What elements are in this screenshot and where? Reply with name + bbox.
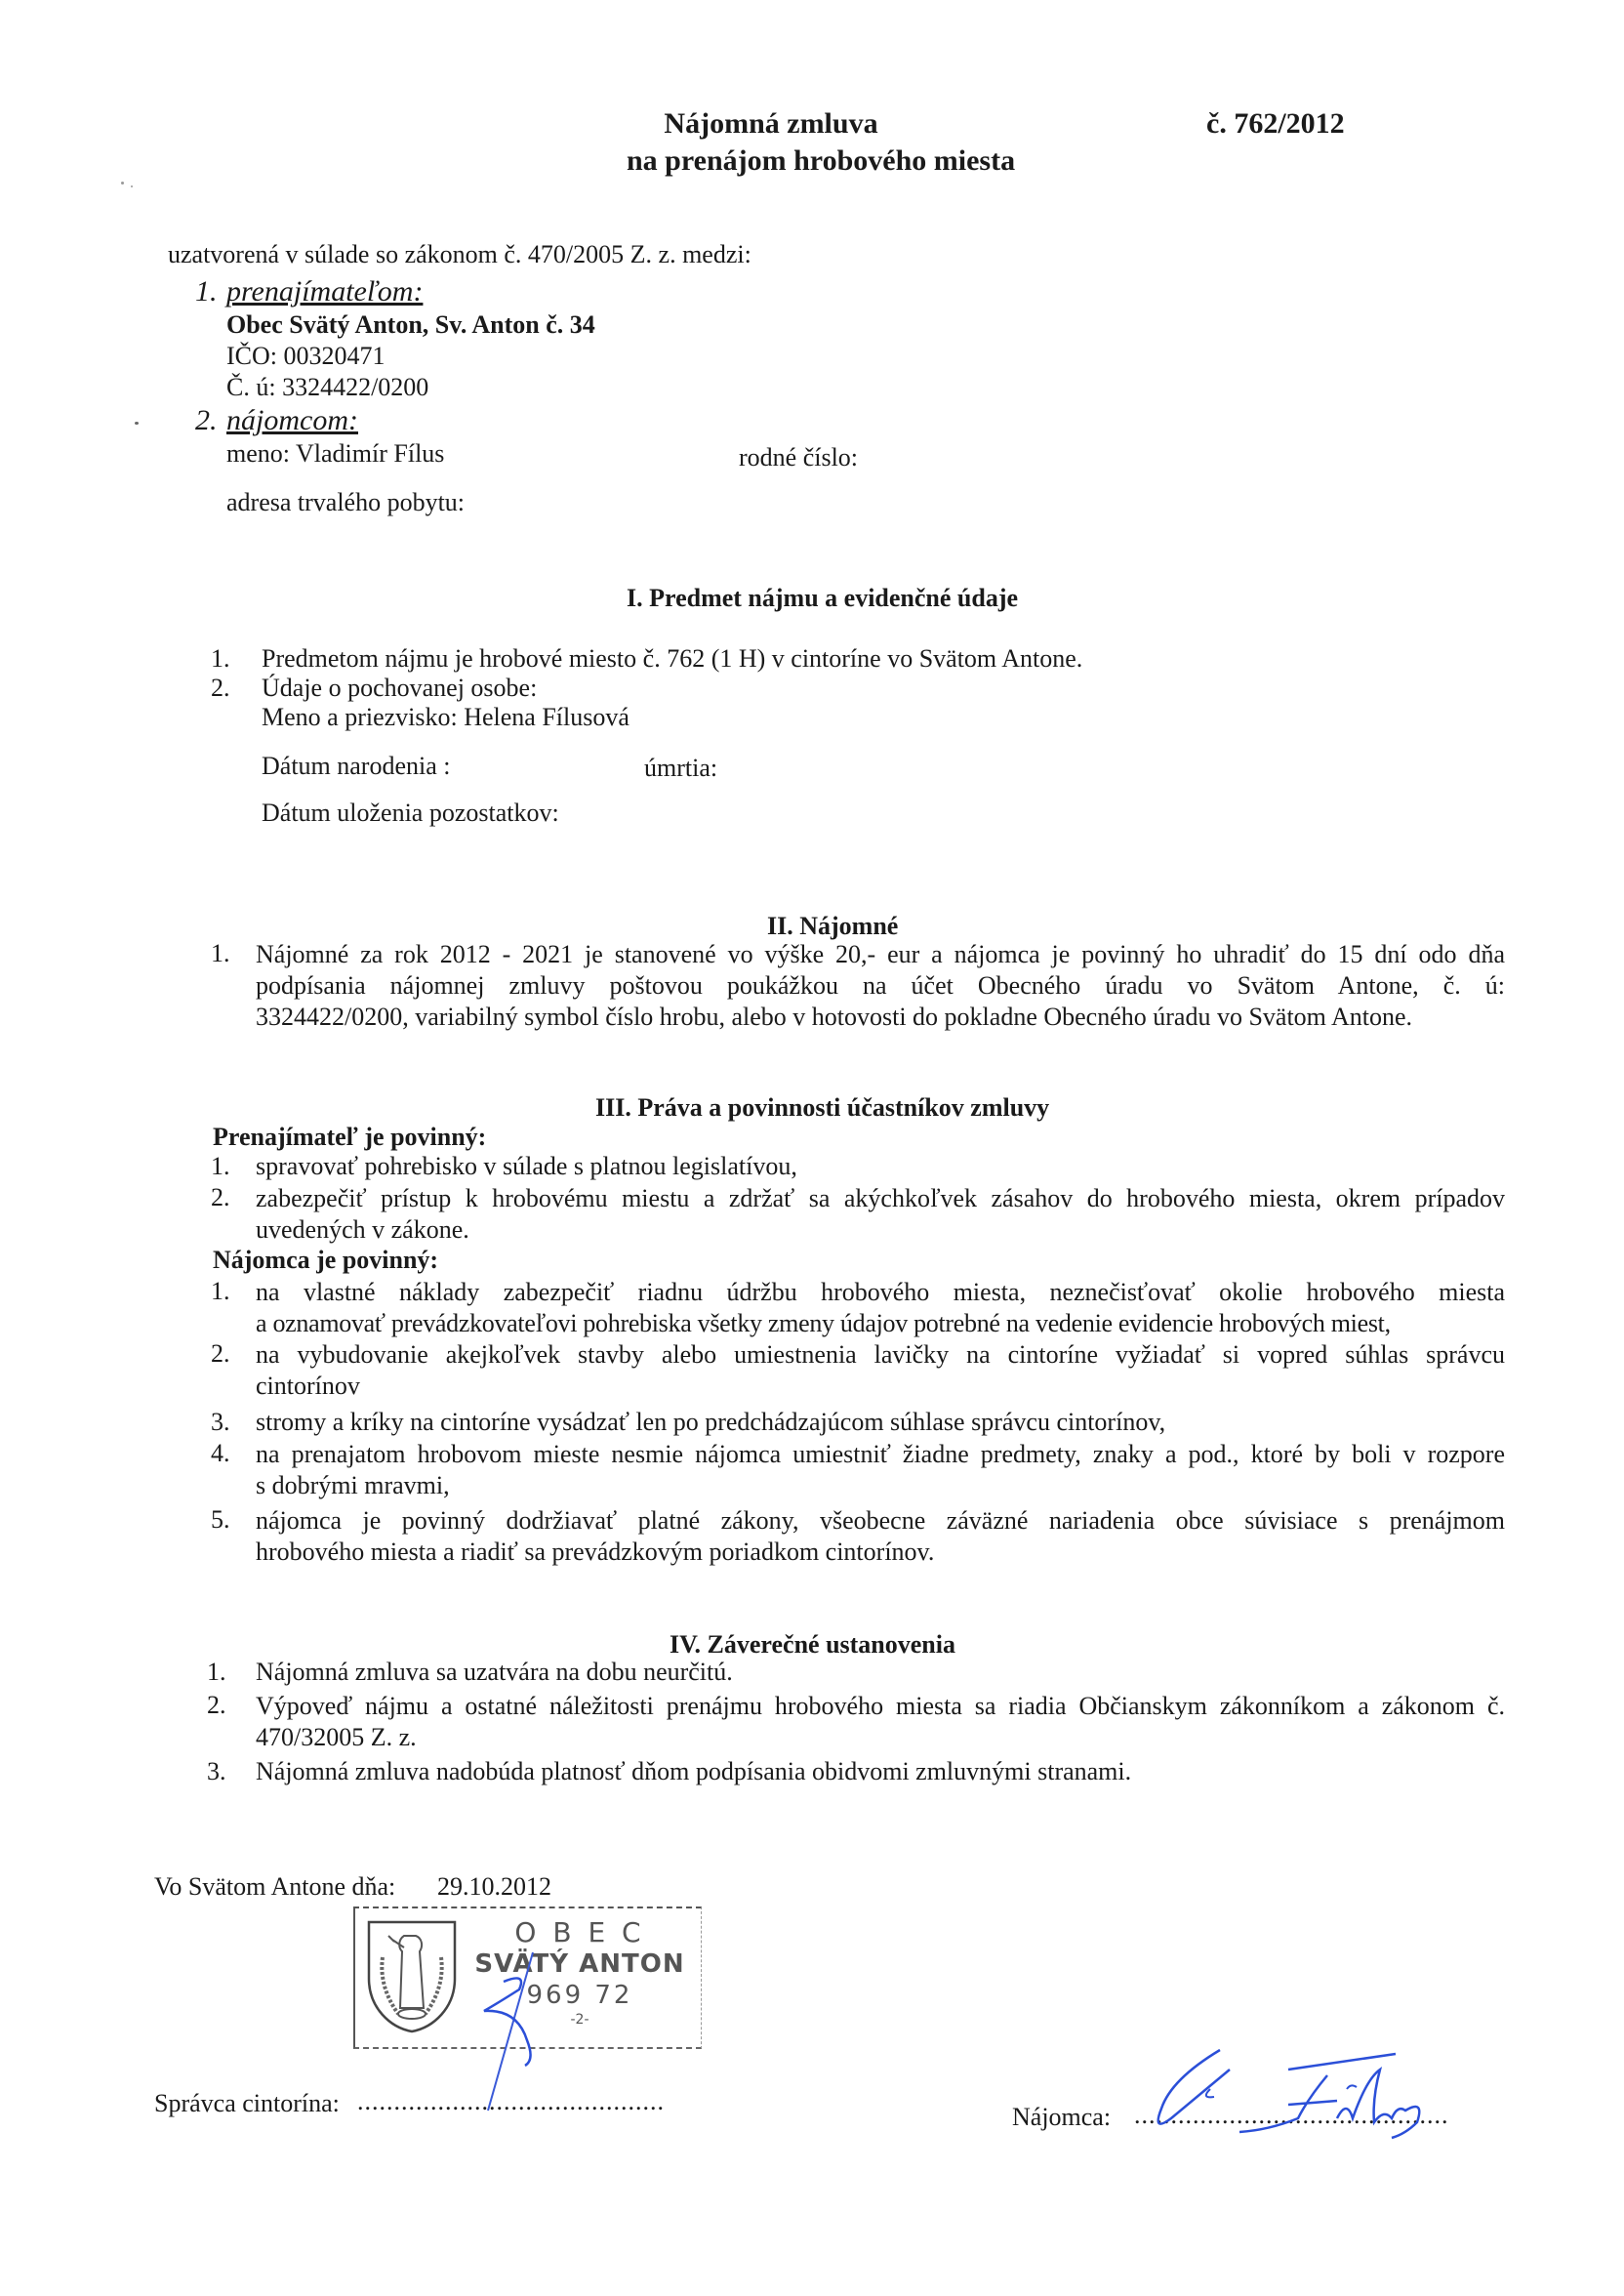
party1-number: 1. [195,275,218,308]
section4-item-1-text: Nájomná zmluva sa uzatvára na dobu neurč… [256,1658,733,1687]
party1-name: Obec Svätý Anton, Sv. Anton č. 34 [226,310,595,340]
tenant-item-3-number: 3. [211,1408,230,1437]
section4-item-2-text: Výpoveď nájmu a ostatné náležitosti pren… [256,1691,1505,1753]
tenant-item-2-number: 2. [211,1339,230,1369]
tenant-item-2-text: na vybudovanie akejkoľvek stavby alebo u… [256,1339,1505,1402]
document-subtitle: na prenájom hrobového miesta [586,143,1054,180]
scan-artifact [135,422,139,425]
document-title: Nájomná zmluva [586,105,956,143]
party1-label: prenajímateľom: [226,275,423,308]
place-date-label: Vo Svätom Antone dňa: [154,1872,395,1902]
tenant-signature-icon [1142,2040,1454,2148]
administrator-signature-line[interactable]: ........................................… [357,2087,665,2116]
birth-date-label: Dátum narodenia : [262,752,451,781]
contract-number: č. 762/2012 [1206,105,1345,143]
landlord-item-1-text: spravovať pohrebisko v súlade s platnou … [256,1152,797,1181]
section1-item-2-number: 2. [211,674,230,703]
section2-item-1-text: Nájomné za rok 2012 - 2021 je stanovené … [256,939,1505,1033]
section4-item-1-number: 1. [207,1658,226,1687]
coat-of-arms-icon [365,1918,459,2035]
deceased-name: Meno a priezvisko: Helena Fílusová [262,703,629,732]
party1-ico: IČO: 00320471 [226,342,386,371]
tenant-item-4-text: na prenajatom hrobovom mieste nesmie náj… [256,1439,1505,1501]
scan-artifact [131,185,133,187]
tenant-item-3-text: stromy a kríky na cintoríne vysádzať len… [256,1408,1165,1437]
section1-item-2-text: Údaje o pochovanej osobe: [262,674,537,703]
title-line-2: na prenájom hrobového miesta [586,143,1054,180]
intro-text: uzatvorená v súlade so zákonom č. 470/20… [168,240,751,269]
death-date-label: úmrtia: [644,754,717,783]
landlord-heading: Prenajímateľ je povinný: [213,1123,486,1152]
section3-heading: III. Práva a povinnosti účastníkov zmluv… [595,1093,1049,1123]
party2-label: nájomcom: [226,404,358,437]
landlord-item-2-text: zabezpečiť prístup k hrobovému miestu a … [256,1183,1505,1246]
burial-date-label: Dátum uloženia pozostatkov: [262,799,559,828]
section4-item-2-number: 2. [207,1691,226,1720]
section1-heading: I. Predmet nájmu a evidenčné údaje [627,584,1018,613]
tenant-item-5-number: 5. [211,1505,230,1535]
tenant-item-4-number: 4. [211,1439,230,1468]
administrator-label: Správca cintorína: [154,2089,340,2118]
section4-heading: IV. Záverečné ustanovenia [670,1630,955,1660]
tenant-item-1-number: 1. [211,1277,230,1306]
section2-heading: II. Nájomné [767,912,898,941]
scan-artifact [121,182,124,184]
party2-birth-number-label: rodné číslo: [739,443,858,472]
party2-name: meno: Vladimír Fílus [226,439,444,469]
party2-address-label: adresa trvalého pobytu: [226,488,465,517]
party2-number: 2. [195,404,218,437]
section1-item-1-text: Predmetom nájmu je hrobové miesto č. 762… [262,644,1082,674]
section1-item-1-number: 1. [211,644,230,674]
landlord-item-2-number: 2. [211,1183,230,1212]
section2-item-1-number: 1. [211,939,230,968]
signing-date: 29.10.2012 [437,1872,551,1902]
tenant-item-5-text: nájomca je povinný dodržiavať platné zák… [256,1505,1505,1568]
section4-item-3-text: Nájomná zmluva nadobúda platnosť dňom po… [256,1757,1131,1786]
tenant-heading: Nájomca je povinný: [213,1246,438,1275]
tenant-label: Nájomca: [1012,2103,1111,2132]
landlord-item-1-number: 1. [211,1152,230,1181]
title-line-1: Nájomná zmluva [586,105,956,143]
section4-item-3-number: 3. [207,1757,226,1786]
tenant-item-1-text: na vlastné náklady zabezpečiť riadnu údr… [256,1277,1505,1339]
party1-account: Č. ú: 3324422/0200 [226,373,428,402]
